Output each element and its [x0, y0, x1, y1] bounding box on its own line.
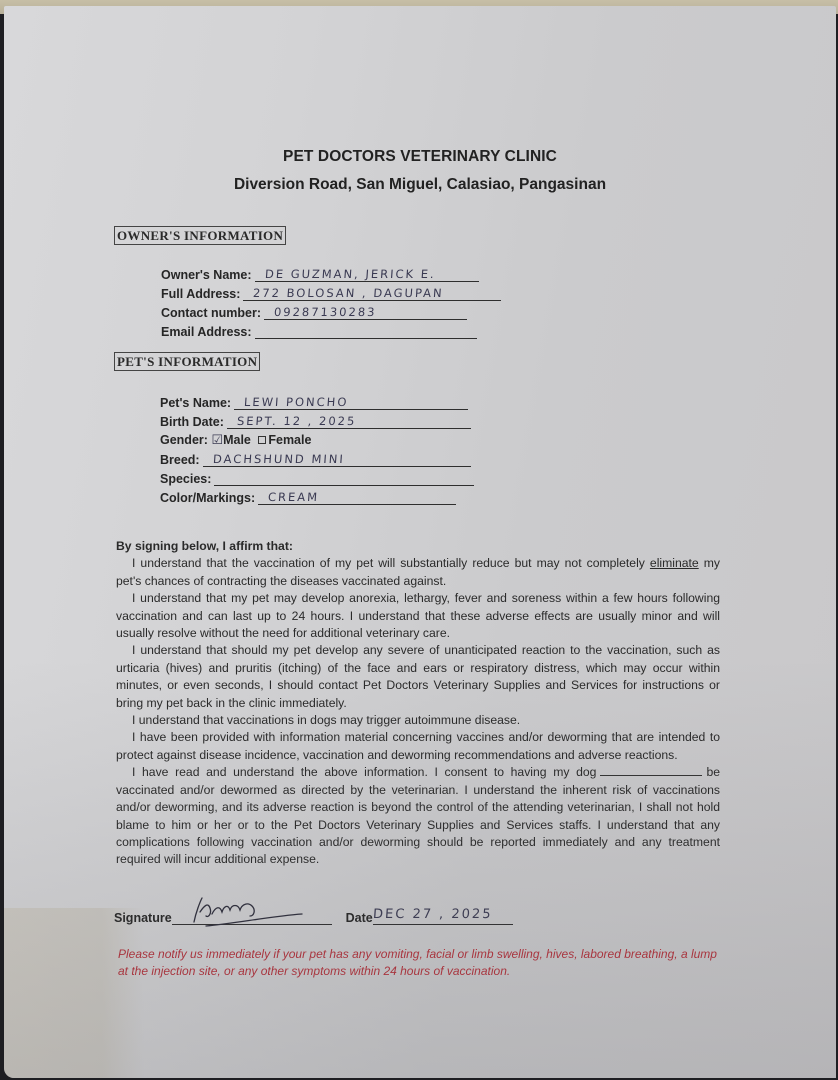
gender-label: Gender: — [160, 433, 208, 447]
owner-name-label: Owner's Name: — [161, 268, 252, 282]
consent-form-paper: PET DOCTORS VETERINARY CLINIC Diversion … — [4, 6, 836, 1078]
contact-number-label: Contact number: — [161, 306, 261, 320]
owner-section-heading: OWNER'S INFORMATION — [114, 226, 286, 245]
birth-date-label: Birth Date: — [160, 415, 224, 429]
color-markings-field[interactable]: Color/Markings: CREAM — [160, 487, 456, 505]
birth-date-line[interactable]: SEPT. 12 , 2025 — [227, 414, 471, 429]
breed-value: DACHSHUND MINI — [212, 452, 345, 466]
date-label: Date — [346, 911, 373, 925]
consent-paragraph-2: I understand that my pet may develop ano… — [116, 590, 720, 642]
consent-paragraph-5: I have been provided with information ma… — [116, 729, 720, 764]
signature-row: Signature Date DEC 27 , 2025 — [114, 910, 513, 925]
post-vaccination-notice: Please notify us immediately if your pet… — [118, 946, 718, 980]
breed-field[interactable]: Breed: DACHSHUND MINI — [160, 449, 471, 467]
species-label: Species: — [160, 472, 211, 486]
birth-date-field[interactable]: Birth Date: SEPT. 12 , 2025 — [160, 411, 471, 429]
full-address-line[interactable]: 272 BOLOSAN , DAGUPAN — [243, 286, 501, 301]
date-line[interactable]: DEC 27 , 2025 — [373, 910, 513, 925]
contact-number-value: 09287130283 — [274, 305, 377, 319]
breed-label: Breed: — [160, 453, 200, 467]
species-line[interactable] — [214, 471, 474, 486]
color-markings-line[interactable]: CREAM — [258, 490, 456, 505]
contact-number-line[interactable]: 09287130283 — [264, 305, 467, 320]
date-value: DEC 27 , 2025 — [372, 907, 493, 922]
consent-paragraph-1: I understand that the vaccination of my … — [116, 555, 720, 590]
female-checkbox[interactable] — [258, 436, 266, 444]
contact-number-field[interactable]: Contact number: 09287130283 — [161, 302, 467, 320]
pet-section-heading: PET'S INFORMATION — [114, 352, 260, 371]
full-address-label: Full Address: — [161, 287, 240, 301]
signature-scribble-icon — [172, 892, 332, 932]
female-option-label: Female — [268, 433, 311, 447]
owner-name-value: DE GUZMAN, JERICK E. — [264, 267, 436, 281]
signature-line[interactable] — [172, 910, 332, 925]
male-checkbox-checked-icon[interactable]: ☑ — [211, 432, 223, 447]
dog-name-blank[interactable] — [600, 766, 702, 776]
owner-name-line[interactable]: DE GUZMAN, JERICK E. — [255, 267, 479, 282]
breed-line[interactable]: DACHSHUND MINI — [203, 452, 471, 467]
consent-body: By signing below, I affirm that: I under… — [116, 538, 720, 869]
full-address-value: 272 BOLOSAN , DAGUPAN — [253, 286, 445, 300]
email-address-label: Email Address: — [161, 325, 252, 339]
pet-name-line[interactable]: LEWI PONCHO — [234, 395, 468, 410]
birth-date-value: SEPT. 12 , 2025 — [236, 414, 356, 428]
color-markings-value: CREAM — [268, 490, 320, 504]
pet-name-field[interactable]: Pet's Name: LEWI PONCHO — [160, 392, 468, 410]
pet-name-label: Pet's Name: — [160, 396, 231, 410]
clinic-name: PET DOCTORS VETERINARY CLINIC — [4, 148, 836, 166]
signature-label: Signature — [114, 911, 172, 925]
consent-p1-underlined: eliminate — [650, 556, 699, 570]
clinic-address: Diversion Road, San Miguel, Calasiao, Pa… — [4, 176, 836, 194]
owner-name-field[interactable]: Owner's Name: DE GUZMAN, JERICK E. — [161, 264, 479, 282]
consent-lead: By signing below, I affirm that: — [116, 538, 720, 555]
color-markings-label: Color/Markings: — [160, 491, 255, 505]
consent-p1-start: I understand that the vaccination of my … — [132, 556, 650, 570]
species-field[interactable]: Species: — [160, 468, 474, 486]
full-address-field[interactable]: Full Address: 272 BOLOSAN , DAGUPAN — [161, 283, 501, 301]
consent-paragraph-4: I understand that vaccinations in dogs m… — [116, 712, 720, 729]
consent-p6-start: I have read and understand the above inf… — [132, 765, 596, 779]
male-option-label: Male — [223, 433, 251, 447]
email-address-field[interactable]: Email Address: — [161, 321, 477, 339]
gender-field: Gender: ☑Male Female — [160, 432, 311, 448]
email-address-line[interactable] — [255, 324, 477, 339]
consent-paragraph-3: I understand that should my pet develop … — [116, 642, 720, 712]
consent-p6-end: be vaccinated and/or dewormed as directe… — [116, 765, 720, 866]
consent-paragraph-6: I have read and understand the above inf… — [116, 764, 720, 868]
pet-name-value: LEWI PONCHO — [244, 395, 349, 409]
